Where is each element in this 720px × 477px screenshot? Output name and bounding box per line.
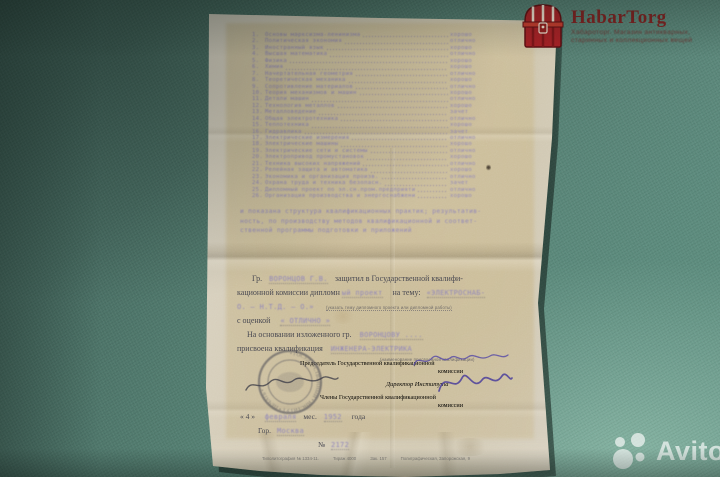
dot-leader xyxy=(417,196,448,199)
subject-title: Начертательная геометрия xyxy=(265,71,353,77)
subject-title: Электрические измерения xyxy=(265,135,349,141)
subject-title: Электропривод промустановок xyxy=(265,154,364,160)
form-line-5: На основании изложенного гр. ВОРОНЦОВУ .… xyxy=(247,330,423,339)
subject-grade: хорошо xyxy=(450,154,500,160)
subject-title: Детали машин xyxy=(265,96,309,102)
subject-number: 12. xyxy=(252,103,265,109)
subject-grade: зачет xyxy=(450,109,500,115)
subject-number: 26. xyxy=(252,193,265,199)
subject-title: Высшая математика xyxy=(265,51,327,57)
imprint-segment: Зак. 157 xyxy=(370,456,386,461)
typed-number: 2172 xyxy=(331,441,349,450)
subject-title: Иностранный язык xyxy=(265,45,324,51)
imprint-segment: Тираж 4000 xyxy=(333,456,356,461)
dot-leader xyxy=(359,93,448,96)
subject-grade: отлично xyxy=(450,51,500,57)
subject-number: 6. xyxy=(252,64,265,70)
subject-title: Теоретическая механика xyxy=(265,77,346,83)
dot-leader xyxy=(366,158,448,161)
subject-number: 10. xyxy=(252,90,265,96)
certificate-paper: 1.Основы марксизма-ленинизмахорошо2.Поли… xyxy=(200,8,560,477)
subject-grade: отлично xyxy=(450,38,500,44)
typed-month: февраля xyxy=(265,413,297,422)
subject-grade: отлично xyxy=(450,96,500,102)
number-sign: № xyxy=(318,440,325,449)
habartorg-watermark: HabarTorg Хабароторг. Магазин антикварны… xyxy=(521,1,692,53)
subject-number: 13. xyxy=(252,109,265,115)
subject-number: 3. xyxy=(252,45,265,51)
subject-number: 20. xyxy=(252,154,265,160)
dot-leader xyxy=(304,132,448,135)
subject-title: Электрические сети и системы xyxy=(265,148,368,154)
subject-number: 4. xyxy=(252,51,265,57)
mes-label: мес. xyxy=(303,412,316,421)
treasure-chest-icon xyxy=(521,1,565,53)
gor-label: Гор. xyxy=(258,426,271,435)
dot-leader xyxy=(318,113,448,116)
signature-ink-over-stamp xyxy=(242,368,342,398)
subject-title: Сопротивление материалов xyxy=(265,84,353,90)
subject-grade: зачет xyxy=(450,129,500,135)
dot-leader xyxy=(417,190,448,193)
typed-grade: « ОТЛИЧНО » xyxy=(280,317,330,326)
typed-kind: ый проект xyxy=(342,289,383,298)
subject-title: Политическая экономия xyxy=(265,38,342,44)
subject-number: 14. xyxy=(252,116,265,122)
form-text: на тему: xyxy=(393,288,421,297)
subject-grade: хорошо xyxy=(450,64,500,70)
subject-title: Дипломный проект по эл.сн.пром.предприят… xyxy=(265,187,415,193)
imprint-segment: Типолитография № 1334-11. xyxy=(262,456,319,461)
city-line: Гор. Москва xyxy=(258,426,304,435)
subject-number: 18. xyxy=(252,141,265,147)
subject-number: 1. xyxy=(252,32,265,38)
paragraph-line: ственной программы подготовки и приложен… xyxy=(240,226,502,236)
subject-grade: отлично xyxy=(450,148,500,154)
dot-leader xyxy=(351,138,448,141)
subject-number: 22. xyxy=(252,167,265,173)
dot-leader xyxy=(362,35,448,38)
form-line-1: Гр. ВОРОНЦОВ Г.В. защитил в Государствен… xyxy=(252,274,463,283)
subject-title: Теория механизмов и машин xyxy=(265,90,357,96)
subjects-list: 1.Основы марксизма-ленинизмахорошо2.Поли… xyxy=(252,32,500,199)
subject-title: Гидравлика xyxy=(265,129,302,135)
gr-label: Гр. xyxy=(252,274,262,283)
habartorg-name: HabarTorg xyxy=(571,7,692,29)
form-line-3: О. – Н.Т.Д. – О.» (указать тему дипломно… xyxy=(237,302,452,311)
subject-number: 24. xyxy=(252,180,265,186)
typed-topic-2: О. – Н.Т.Д. – О.» xyxy=(237,303,314,311)
dot-leader xyxy=(370,151,448,154)
subject-number: 11. xyxy=(252,96,265,102)
typed-topic: «ЭЛЕКТРОСНАБ- xyxy=(427,289,486,298)
form-text: с оценкой xyxy=(237,316,270,325)
subject-grade: хорошо xyxy=(450,141,500,147)
subject-number: 17. xyxy=(252,135,265,141)
dot-leader xyxy=(348,81,448,84)
subject-grade: отлично xyxy=(450,71,500,77)
subject-number: 19. xyxy=(252,148,265,154)
dot-leader xyxy=(329,55,448,58)
subject-grade: отлично xyxy=(450,174,500,180)
dot-leader xyxy=(285,68,448,71)
subject-number: 25. xyxy=(252,187,265,193)
paragraph-line: и показана структура квалификационных пр… xyxy=(240,207,502,217)
subject-grade: отлично xyxy=(450,187,500,193)
members-caption-2: комиссии xyxy=(438,402,463,409)
foxing-stain xyxy=(450,438,490,456)
habartorg-tagline-1: Хабароторг. Магазин антикварных, xyxy=(571,29,692,37)
subject-title: Релейная защита и автоматика xyxy=(265,167,368,173)
subject-title: Основы марксизма-ленинизма xyxy=(265,32,360,38)
signature-ink-member xyxy=(432,366,517,400)
subject-title: Общая электротехника xyxy=(265,116,338,122)
typed-year: 1952 xyxy=(324,413,342,422)
subject-number: 16. xyxy=(252,129,265,135)
form-line-2: кационной комиссии дипломн ый проект на … xyxy=(237,288,485,297)
dot-leader xyxy=(344,42,448,45)
date-line: « 4 » февраля мес. 1952 года xyxy=(240,412,365,421)
subject-title: Экономика и организация произв. xyxy=(265,174,379,180)
subject-title: Организация производства и энергоснабжен… xyxy=(265,193,415,199)
subject-number: 15. xyxy=(252,122,265,128)
subject-row: 26.Организация производства и энергоснаб… xyxy=(252,193,500,199)
habartorg-text-block: HabarTorg Хабароторг. Магазин антикварны… xyxy=(571,7,692,45)
subject-grade: отлично xyxy=(450,116,500,122)
subject-grade: отлично xyxy=(450,84,500,90)
dot-leader xyxy=(337,106,448,109)
dot-leader xyxy=(340,145,448,148)
avito-watermark: Avito xyxy=(610,430,720,472)
typed-name-2: ВОРОНЦОВУ .... xyxy=(360,331,423,340)
subject-title: Электрические машины xyxy=(265,141,338,147)
dot-leader xyxy=(381,177,448,180)
subject-grade: хорошо xyxy=(450,193,500,199)
subject-title: Химия xyxy=(265,64,283,70)
dot-leader xyxy=(311,100,448,103)
subject-number: 2. xyxy=(252,38,265,44)
subject-title: Технология металлов xyxy=(265,103,335,109)
subject-grade: хорошо xyxy=(450,90,500,96)
form-text: кационной комиссии дипломн xyxy=(237,288,340,297)
subject-grade: хорошо xyxy=(450,167,500,173)
subject-grade: хорошо xyxy=(450,122,500,128)
imprint-segment: Полиграфическая, Запорожская, 9 xyxy=(401,456,470,461)
subject-number: 9. xyxy=(252,84,265,90)
subject-number: 5. xyxy=(252,58,265,64)
subject-number: 7. xyxy=(252,71,265,77)
dot-leader xyxy=(311,126,448,129)
typed-city: Москва xyxy=(277,427,304,436)
subject-grade: отлично xyxy=(450,135,500,141)
typed-qualification: ИНЖЕНЕРА-ЭЛЕКТРИКА xyxy=(331,345,412,354)
form-line-4: с оценкой « ОТЛИЧНО » xyxy=(237,316,330,325)
form-text: защитил в Государственной квалифи- xyxy=(335,274,463,283)
dot-leader xyxy=(289,61,448,64)
subject-number: 21. xyxy=(252,161,265,167)
number-line: № 2172 xyxy=(318,440,349,449)
dot-leader xyxy=(384,184,448,187)
subject-title: Металловедение xyxy=(265,109,316,115)
subject-title: Теплотехника xyxy=(265,122,309,128)
form-text: На основании изложенного гр. xyxy=(247,330,352,339)
dot-leader xyxy=(370,171,448,174)
subject-title: Техника высоких напряжений xyxy=(265,161,360,167)
print-shop-imprint: Типолитография № 1334-11.Тираж 4000Зак. … xyxy=(262,456,524,461)
habartorg-tagline-2: старинных и коллекционных вещей xyxy=(571,37,692,45)
avito-logo-icon xyxy=(610,430,652,472)
dot-leader xyxy=(340,119,448,122)
dot-leader xyxy=(355,87,448,90)
dot-leader xyxy=(355,74,448,77)
subject-number: 23. xyxy=(252,174,265,180)
typed-paragraph: и показана структура квалификационных пр… xyxy=(240,207,502,236)
goda-label: года xyxy=(352,412,366,421)
typed-name: ВОРОНЦОВ Г.В. xyxy=(269,275,328,284)
topic-hint: (указать тему дипломного проекта или дип… xyxy=(326,305,452,311)
avito-name: Avito xyxy=(656,436,720,467)
dot-leader xyxy=(326,48,448,51)
subject-grade: хорошо xyxy=(450,77,500,83)
subject-grade: отлично xyxy=(450,161,500,167)
subject-grade: хорошо xyxy=(450,45,500,51)
photo-scene: 1.Основы марксизма-ленинизмахорошо2.Поли… xyxy=(0,0,720,477)
day-value: « 4 » xyxy=(240,412,255,421)
subject-grade: хорошо xyxy=(450,32,500,38)
paragraph-line: ность, по производству методов квалифика… xyxy=(240,217,502,227)
subject-title: Физика xyxy=(265,58,287,64)
subject-grade: хорошо xyxy=(450,103,500,109)
subject-grade: зачет xyxy=(450,180,500,186)
subject-title: Охрана труда и техника безопасн. xyxy=(265,180,382,186)
subject-number: 8. xyxy=(252,77,265,83)
subject-grade: хорошо xyxy=(450,58,500,64)
dot-leader xyxy=(362,164,448,167)
